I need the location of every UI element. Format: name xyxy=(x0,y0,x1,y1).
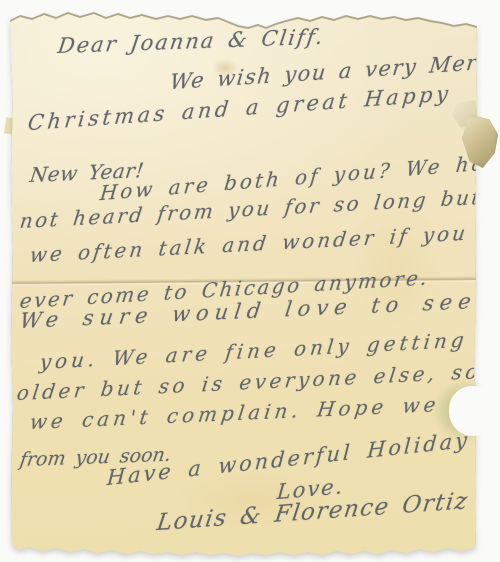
letter-line: Dear Joanna & Cliff. xyxy=(56,24,326,59)
paper-shadow-wrap: Dear Joanna & Cliff. We wish you a very … xyxy=(0,0,500,562)
torn-hole xyxy=(449,386,497,436)
tape-remnant xyxy=(452,100,498,170)
letter-paper: Dear Joanna & Cliff. We wish you a very … xyxy=(10,10,478,556)
letter-scan: Dear Joanna & Cliff. We wish you a very … xyxy=(0,0,500,562)
